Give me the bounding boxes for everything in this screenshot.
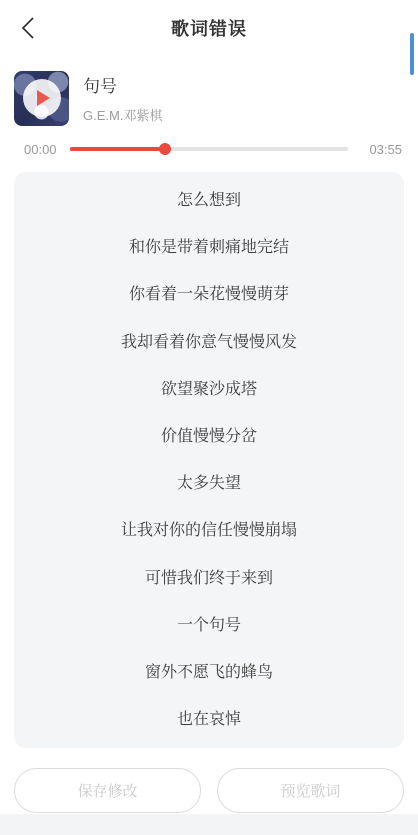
lyric-line[interactable]: 和你是带着刺痛地完结: [24, 224, 394, 271]
song-artist: G.E.M.邓紫棋: [83, 105, 162, 124]
save-changes-button[interactable]: 保存修改: [14, 768, 201, 813]
header-bar: 歌词错误: [0, 0, 418, 56]
duration-time: 03:55: [360, 142, 404, 157]
lyric-line[interactable]: 太多失望: [24, 460, 394, 507]
scrollbar-thumb[interactable]: [410, 33, 414, 75]
elapsed-time: 00:00: [14, 142, 58, 157]
preview-lyrics-button[interactable]: 预览歌词: [217, 768, 404, 813]
lyric-line[interactable]: 欲望聚沙成塔: [24, 366, 394, 413]
lyric-line[interactable]: 价值慢慢分岔: [24, 413, 394, 460]
song-info-row: 句号 G.E.M.邓紫棋: [14, 70, 404, 126]
play-button[interactable]: [23, 79, 61, 117]
lyric-line[interactable]: 窗外不愿飞的蜂鸟: [24, 649, 394, 696]
action-bar: 保存修改 预览歌词: [14, 768, 404, 813]
back-button[interactable]: [12, 12, 44, 44]
lyric-line[interactable]: 我却看着你意气慢慢风发: [24, 319, 394, 366]
lyric-line[interactable]: 让我对你的信任慢慢崩塌: [24, 507, 394, 554]
lyrics-editor-card: 怎么想到和你是带着刺痛地完结你看着一朵花慢慢萌芽我却看着你意气慢慢风发欲望聚沙成…: [14, 172, 404, 748]
page-title: 歌词错误: [171, 15, 247, 41]
lyrics-error-screen: 歌词错误 句号 G.E.M.邓紫棋 00:00 03:55 怎么想到和你是带着刺…: [0, 0, 418, 835]
play-triangle-icon: [37, 90, 50, 106]
song-meta: 句号 G.E.M.邓紫棋: [83, 72, 162, 124]
album-art[interactable]: [14, 71, 69, 126]
chevron-left-icon: [21, 16, 35, 40]
lyric-line[interactable]: 怎么想到: [24, 177, 394, 224]
player-progress-row: 00:00 03:55: [14, 138, 404, 160]
lyric-line[interactable]: 可惜我们终于来到: [24, 555, 394, 602]
progress-thumb[interactable]: [159, 143, 171, 155]
progress-slider[interactable]: [70, 138, 348, 160]
lyric-line[interactable]: 一个句号: [24, 602, 394, 649]
bottom-strip: [0, 814, 418, 835]
progress-fill: [70, 147, 165, 151]
song-title: 句号: [83, 72, 162, 97]
lyric-line[interactable]: 你看着一朵花慢慢萌芽: [24, 271, 394, 318]
lyric-line[interactable]: 也在哀悼: [24, 696, 394, 743]
